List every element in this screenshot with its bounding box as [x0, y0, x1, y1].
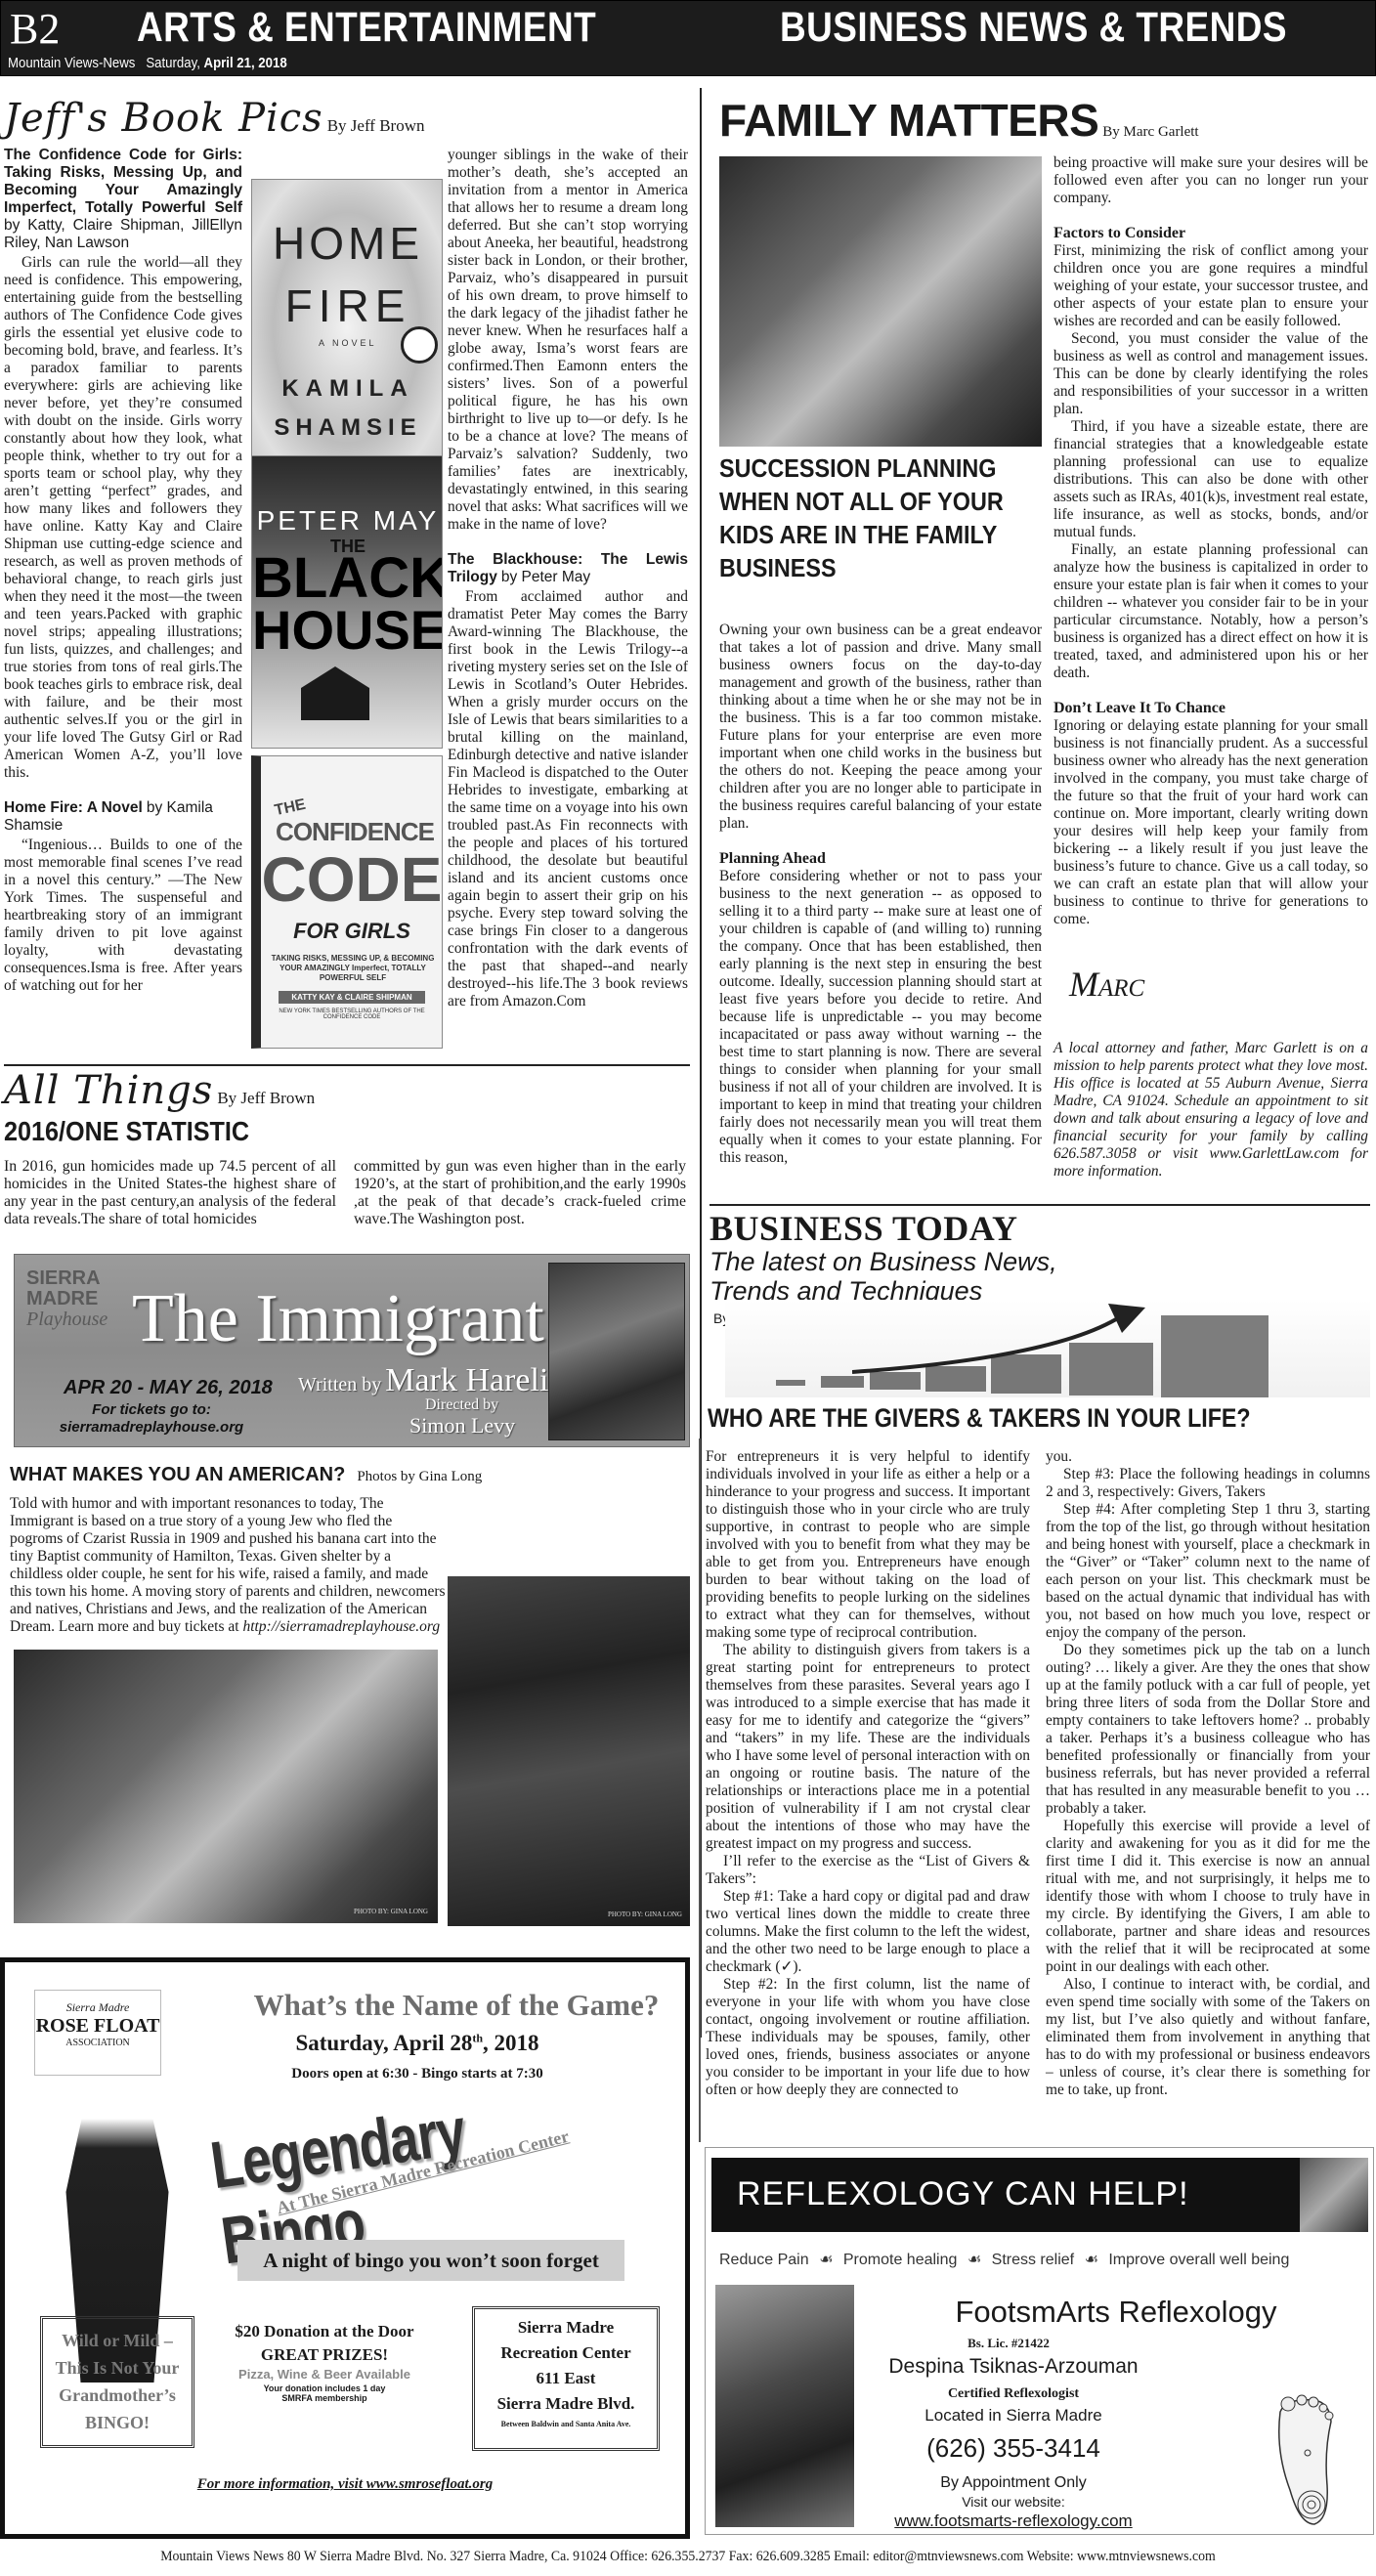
- bingo-more-info-link[interactable]: For more information, visit www.smrosefl…: [5, 2476, 685, 2493]
- tickets-label: For tickets go to:: [54, 1401, 249, 1418]
- date-year: , 2018: [483, 2031, 539, 2055]
- membership-line-1: Your donation includes 1 day: [212, 2383, 437, 2393]
- business-name: FootsmArts Reflexology: [862, 2295, 1370, 2330]
- playhouse-line-3: Playhouse: [26, 1309, 107, 1330]
- box-left-line: Wild or Mild –: [43, 2327, 192, 2354]
- givers-para: Step #2: In the first column, list the n…: [706, 1976, 1030, 2099]
- section-title-arts: ARTS & ENTERTAINMENT: [137, 4, 596, 52]
- box-left-line: This Is Not Your: [43, 2354, 192, 2382]
- stage-photo-two-actors: PHOTO BY: GINA LONG: [14, 1650, 438, 1923]
- givers-para: I’ll refer to the exercise as the “List …: [706, 1853, 1030, 1888]
- section-rule: [4, 1064, 690, 1066]
- statistic-col-2: committed by gun was even higher than in…: [354, 1158, 686, 1228]
- cover-author-2: SHAMSIE: [252, 414, 443, 442]
- tickets-link[interactable]: sierramadreplayhouse.org: [54, 1419, 249, 1436]
- cover-title-1: CONFIDENCE: [269, 817, 441, 847]
- date-main: Saturday, April 28: [295, 2031, 472, 2055]
- membership-line-2: SMRFA membership: [212, 2393, 437, 2403]
- playhouse-line-1: SIERRA: [26, 1268, 107, 1289]
- section-title-business: BUSINESS NEWS & TRENDS: [780, 4, 1287, 52]
- factors-p3: Third, if you have a sizeable estate, th…: [1053, 418, 1368, 541]
- statistic-col-1: In 2016, gun homicides made up 74.5 perc…: [4, 1158, 336, 1228]
- phone-number[interactable]: (626) 355-3414: [862, 2433, 1165, 2464]
- statistic-headline: 2016/ONE STATISTIC: [4, 1116, 249, 1147]
- org-line-1: Sierra Madre: [35, 2000, 160, 2015]
- givers-para: Step #3: Place the following headings in…: [1046, 1466, 1370, 1501]
- director-name: Simon Levy: [409, 1413, 515, 1438]
- succession-headline: SUCCESSION PLANNING WHEN NOT ALL OF YOUR…: [719, 451, 1010, 584]
- practitioner-name: Despina Tsiknas-Arzouman: [862, 2355, 1165, 2379]
- cover-title-2: CODE: [261, 848, 443, 911]
- separator-icon: ☙: [967, 2252, 981, 2268]
- factors-p2: Second, you must consider the value of t…: [1053, 330, 1368, 418]
- givers-para: Step #4: After completing Step 1 thru 3,…: [1046, 1501, 1370, 1642]
- stage-photo-actor-reading: PHOTO BY: GINA LONG: [448, 1576, 690, 1926]
- cover-title-3: FOR GIRLS: [261, 919, 443, 944]
- separator-icon: ☙: [819, 2252, 833, 2268]
- appointment-note: By Appointment Only: [862, 2474, 1165, 2492]
- business-today-title: BUSINESS TODAY: [709, 1208, 1018, 1249]
- reflexology-banner: REFLEXOLOGY CAN HELP!: [711, 2158, 1368, 2232]
- givers-para: you.: [1046, 1448, 1370, 1466]
- factors-head: Factors to Consider: [1053, 225, 1368, 242]
- family-matters-title: FAMILY MATTERS: [719, 95, 1098, 146]
- book-pics-title: Jeff's Book Pics: [4, 96, 323, 141]
- growth-chart-graphic: [725, 1300, 1370, 1397]
- book-1-review: Girls can rule the world—all they need i…: [4, 254, 242, 782]
- confidence-code-cover-image: THE CONFIDENCE CODE FOR GIRLS TAKING RIS…: [251, 755, 443, 1049]
- reflexology-banner-text: REFLEXOLOGY CAN HELP!: [737, 2175, 1189, 2213]
- givers-takers-headline: WHO ARE THE GIVERS & TAKERS IN YOUR LIFE…: [708, 1403, 1251, 1434]
- givers-para: Also, I continue to interact with, be co…: [1046, 1976, 1370, 2099]
- benefit-item: Improve overall well being: [1108, 2252, 1289, 2268]
- givers-para: Step #1: Take a hard copy or digital pad…: [706, 1888, 1030, 1976]
- givers-col-2: you. Step #3: Place the following headin…: [1046, 1448, 1370, 2099]
- immigrant-portrait-photo: [548, 1263, 685, 1440]
- book-1-author: by Katty, Claire Shipman, JillEllyn Rile…: [4, 217, 242, 251]
- venue-line: Sierra Madre Blvd.: [475, 2391, 657, 2417]
- legendary-bingo-ad[interactable]: Sierra Madre ROSE FLOAT ASSOCIATION What…: [0, 1957, 690, 2539]
- separator-icon: ☙: [1085, 2252, 1098, 2268]
- playhouse-link[interactable]: http://sierramadreplayhouse.org: [242, 1618, 440, 1635]
- directed-by-label: Directed by: [425, 1396, 498, 1414]
- book-3-review: From acclaimed author and dramatist Pete…: [448, 588, 688, 1010]
- cover-author-1: KAMILA: [252, 375, 443, 403]
- book-2-heading: Home Fire: A Novel by Kamila Shamsie: [4, 799, 242, 835]
- american-photo-credit: Photos by Gina Long: [357, 1469, 482, 1484]
- author-bio: A local attorney and father, Marc Garlet…: [1053, 1040, 1368, 1181]
- venue-cross-streets: Between Baldwin and Santa Anita Ave.: [475, 2417, 657, 2432]
- issue-date: April 21, 2018: [204, 55, 287, 71]
- food-text: Pizza, Wine & Beer Available: [212, 2367, 437, 2382]
- bar-7: [1161, 1315, 1268, 1397]
- bar-1: [776, 1380, 805, 1386]
- family-photo: [719, 156, 1042, 447]
- prizes-text: GREAT PRIZES!: [212, 2345, 437, 2365]
- book-1-heading: The Confidence Code for Girls: Taking Ri…: [4, 147, 242, 252]
- book-3-author: by Peter May: [501, 569, 590, 585]
- cover-title-1: HOME: [252, 217, 443, 270]
- all-things-byline: By Jeff Brown: [217, 1089, 315, 1107]
- hands-photo: [1300, 2158, 1368, 2232]
- benefit-item: Promote healing: [843, 2252, 958, 2268]
- reflexologist-photo: [715, 2285, 854, 2527]
- givers-col-1: For entrepreneurs it is very helpful to …: [706, 1448, 1030, 2099]
- chance-text: Ignoring or delaying estate planning for…: [1053, 717, 1368, 928]
- dateline: Mountain Views-News Saturday, April 21, …: [8, 55, 287, 71]
- venue-line: Recreation Center: [475, 2340, 657, 2366]
- givers-para: The ability to distinguish givers from t…: [706, 1642, 1030, 1853]
- venue-address-box: Sierra Madre Recreation Center 611 East …: [472, 2306, 660, 2451]
- factors-p4: Finally, an estate planning professional…: [1053, 541, 1368, 682]
- award-seal-icon: [401, 326, 438, 364]
- planning-ahead-text: Before considering whether or not to pas…: [719, 868, 1042, 1167]
- bingo-date: Saturday, April 28th, 2018: [222, 2031, 613, 2056]
- playhouse-logo: SIERRA MADRE Playhouse: [26, 1268, 107, 1330]
- donation-info: $20 Donation at the Door GREAT PRIZES! P…: [212, 2322, 437, 2403]
- section-rule: [709, 1204, 1370, 1206]
- blackhouse-cover-image: PETER MAY THE BLACK HOUSE: [251, 455, 443, 749]
- bingo-tagline: A night of bingo you won’t soon forget: [237, 2240, 624, 2281]
- cover-tag: A NOVEL: [319, 338, 377, 348]
- wild-or-mild-box: Wild or Mild – This Is Not Your Grandmot…: [40, 2316, 194, 2448]
- play-title: The Immigrant: [132, 1280, 544, 1358]
- book-2-title: Home Fire: A Novel: [4, 799, 143, 816]
- trend-arrow-icon: [852, 1300, 1165, 1378]
- planning-ahead-head: Planning Ahead: [719, 850, 1042, 868]
- date-sup: th: [472, 2031, 483, 2044]
- american-article-header: WHAT MAKES YOU AN AMERICAN? Photos by Gi…: [10, 1464, 694, 1486]
- chance-head: Don’t Leave It To Chance: [1053, 700, 1368, 717]
- family-matters-col-2: being proactive will make sure your desi…: [1053, 154, 1368, 1181]
- cover-subtitle: TAKING RISKS, MESSING UP, & BECOMING YOU…: [271, 954, 435, 983]
- givers-para: Do they sometimes pick up the tab on a l…: [1046, 1642, 1370, 1818]
- box-left-line: Grandmother’s: [43, 2382, 192, 2409]
- factors-p1: First, minimizing the risk of conflict a…: [1053, 242, 1368, 330]
- donation-text: $20 Donation at the Door: [212, 2322, 437, 2341]
- play-dates: APR 20 - MAY 26, 2018: [64, 1377, 273, 1399]
- photo-2-credit: PHOTO BY: GINA LONG: [608, 1911, 682, 1918]
- cover-author: PETER MAY: [252, 505, 443, 537]
- rose-float-logo: Sierra Madre ROSE FLOAT ASSOCIATION: [34, 1990, 161, 2076]
- box-left-line: BINGO!: [43, 2409, 192, 2436]
- family-matters-header: FAMILY MATTERS By Marc Garlett: [719, 94, 1199, 147]
- book-pics-col-3: younger siblings in the wake of their mo…: [448, 147, 688, 1010]
- american-headline: WHAT MAKES YOU AN AMERICAN?: [10, 1464, 345, 1485]
- house-silhouette-icon: [301, 666, 369, 720]
- written-by-label: Written by: [298, 1374, 381, 1395]
- playwright-credit: Written by Mark Harelik: [298, 1362, 565, 1399]
- venue-line: 611 East: [475, 2366, 657, 2391]
- cover-title-2: HOUSE: [252, 603, 443, 658]
- benefit-item: Reduce Pain: [719, 2252, 809, 2268]
- paper-name: Mountain Views-News: [8, 55, 135, 71]
- org-line-2: ROSE FLOAT: [35, 2015, 160, 2038]
- family-matters-col-1: Owning your own business can be a great …: [719, 622, 1042, 1167]
- givers-para: For entrepreneurs it is very helpful to …: [706, 1448, 1030, 1642]
- visit-label: Visit our website:: [862, 2494, 1165, 2510]
- playwright-name: Mark Harelik: [385, 1362, 565, 1398]
- book-2-review-part-1: “Ingenious… Builds to one of the most me…: [4, 837, 242, 995]
- cover-title-2: FIRE: [252, 279, 443, 332]
- succession-intro: Owning your own business can be a great …: [719, 622, 1042, 833]
- credential: Certified Reflexologist: [862, 2386, 1165, 2402]
- location: Located in Sierra Madre: [862, 2406, 1165, 2426]
- website-link[interactable]: www.footsmarts-reflexology.com: [862, 2512, 1165, 2531]
- bingo-headline: What’s the Name of the Game?: [222, 1988, 691, 2023]
- immigrant-play-banner[interactable]: SIERRA MADRE Playhouse The Immigrant Wri…: [14, 1254, 690, 1447]
- benefit-item: Stress relief: [992, 2252, 1074, 2268]
- benefits-line: Reduce Pain ☙ Promote healing ☙ Stress r…: [719, 2250, 1364, 2269]
- page-number: B2: [10, 4, 60, 54]
- photo-1-credit: PHOTO BY: GINA LONG: [354, 1908, 428, 1915]
- book-pics-byline: By Jeff Brown: [327, 116, 425, 135]
- foot-icon: [1270, 2392, 1339, 2529]
- business-today-subtitle: The latest on Business News, Trends and …: [709, 1247, 1139, 1306]
- cover-authors: KATTY KAY & CLAIRE SHIPMAN: [279, 991, 425, 1004]
- all-things-title: All Things: [4, 1068, 213, 1113]
- book-pics-col-1: The Confidence Code for Girls: Taking Ri…: [4, 147, 242, 995]
- all-things-header: All Things By Jeff Brown: [4, 1068, 688, 1113]
- book-3-heading: The Blackhouse: The Lewis Trilogy by Pet…: [448, 551, 688, 586]
- reflexology-ad[interactable]: REFLEXOLOGY CAN HELP! Reduce Pain ☙ Prom…: [705, 2147, 1374, 2535]
- home-fire-cover-image: HOME FIRE A NOVEL KAMILA SHAMSIE: [251, 179, 443, 477]
- family-matters-byline: By Marc Garlett: [1102, 124, 1198, 140]
- license-number: Bs. Lic. #21422: [862, 2336, 1155, 2351]
- issue-day: Saturday,: [146, 55, 200, 71]
- cover-blurb: NEW YORK TIMES BESTSELLING AUTHORS OF TH…: [273, 1009, 431, 1020]
- venue-line: Sierra Madre: [475, 2315, 657, 2340]
- business-left-rule: [699, 1438, 701, 2142]
- book-1-title: The Confidence Code for Girls: Taking Ri…: [4, 147, 242, 216]
- american-body-text: Told with humor and with important reson…: [10, 1495, 446, 1635]
- playhouse-line-2: MADRE: [26, 1289, 107, 1309]
- book-pics-header: Jeff's Book Pics By Jeff Brown: [4, 96, 688, 141]
- org-line-3: ASSOCIATION: [35, 2038, 160, 2048]
- page-footer: Mountain Views News 80 W Sierra Madre Bl…: [55, 2549, 1320, 2574]
- signature: Marc: [1069, 964, 1368, 1005]
- col-2-continued: being proactive will make sure your desi…: [1053, 154, 1368, 207]
- book-2-review-part-2: younger siblings in the wake of their mo…: [448, 147, 688, 534]
- givers-para: Hopefully this exercise will provide a l…: [1046, 1818, 1370, 1976]
